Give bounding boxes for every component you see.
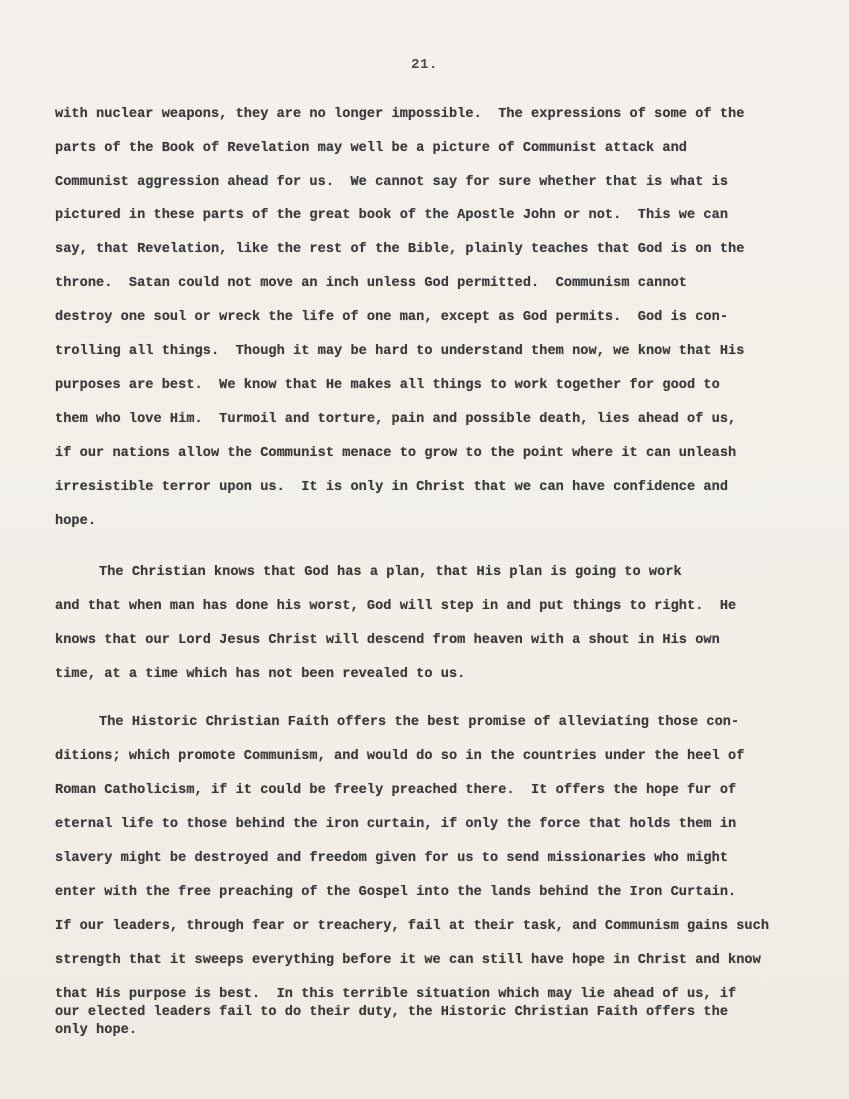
text-line: Roman Catholicism, if it could be freely… (55, 783, 736, 798)
text-line: our elected leaders fail to do their dut… (55, 1005, 728, 1020)
text-line: say, that Revelation, like the rest of t… (55, 242, 744, 257)
text-line: only hope. (55, 1023, 137, 1038)
text-line: strength that it sweeps everything befor… (55, 953, 761, 968)
text-line: purposes are best. We know that He makes… (55, 378, 720, 393)
text-line: with nuclear weapons, they are no longer… (55, 107, 744, 122)
text-line: them who love Him. Turmoil and torture, … (55, 412, 736, 427)
text-line: if our nations allow the Communist menac… (55, 446, 736, 461)
text-line: trolling all things. Though it may be ha… (55, 344, 744, 359)
text-line: and that when man has done his worst, Go… (55, 599, 736, 614)
text-line: parts of the Book of Revelation may well… (55, 141, 687, 156)
typewritten-page: 21. with nuclear weapons, they are no lo… (0, 0, 849, 1099)
text-line: If our leaders, through fear or treacher… (55, 919, 769, 934)
text-line: The Christian knows that God has a plan,… (99, 565, 682, 580)
text-line: throne. Satan could not move an inch unl… (55, 276, 687, 291)
text-line: time, at a time which has not been revea… (55, 667, 465, 682)
text-line: irresistible terror upon us. It is only … (55, 480, 728, 495)
text-line: Communist aggression ahead for us. We ca… (55, 175, 728, 190)
text-line: ditions; which promote Communism, and wo… (55, 749, 744, 764)
text-line: The Historic Christian Faith offers the … (99, 715, 739, 730)
text-line: that His purpose is best. In this terrib… (55, 987, 736, 1002)
text-line: eternal life to those behind the iron cu… (55, 817, 736, 832)
text-line: destroy one soul or wreck the life of on… (55, 310, 728, 325)
text-line: enter with the free preaching of the Gos… (55, 885, 736, 900)
text-line: pictured in these parts of the great boo… (55, 208, 728, 223)
text-line: hope. (55, 514, 96, 529)
text-line: knows that our Lord Jesus Christ will de… (55, 633, 720, 648)
text-line: slavery might be destroyed and freedom g… (55, 851, 728, 866)
page-number: 21. (0, 57, 849, 73)
